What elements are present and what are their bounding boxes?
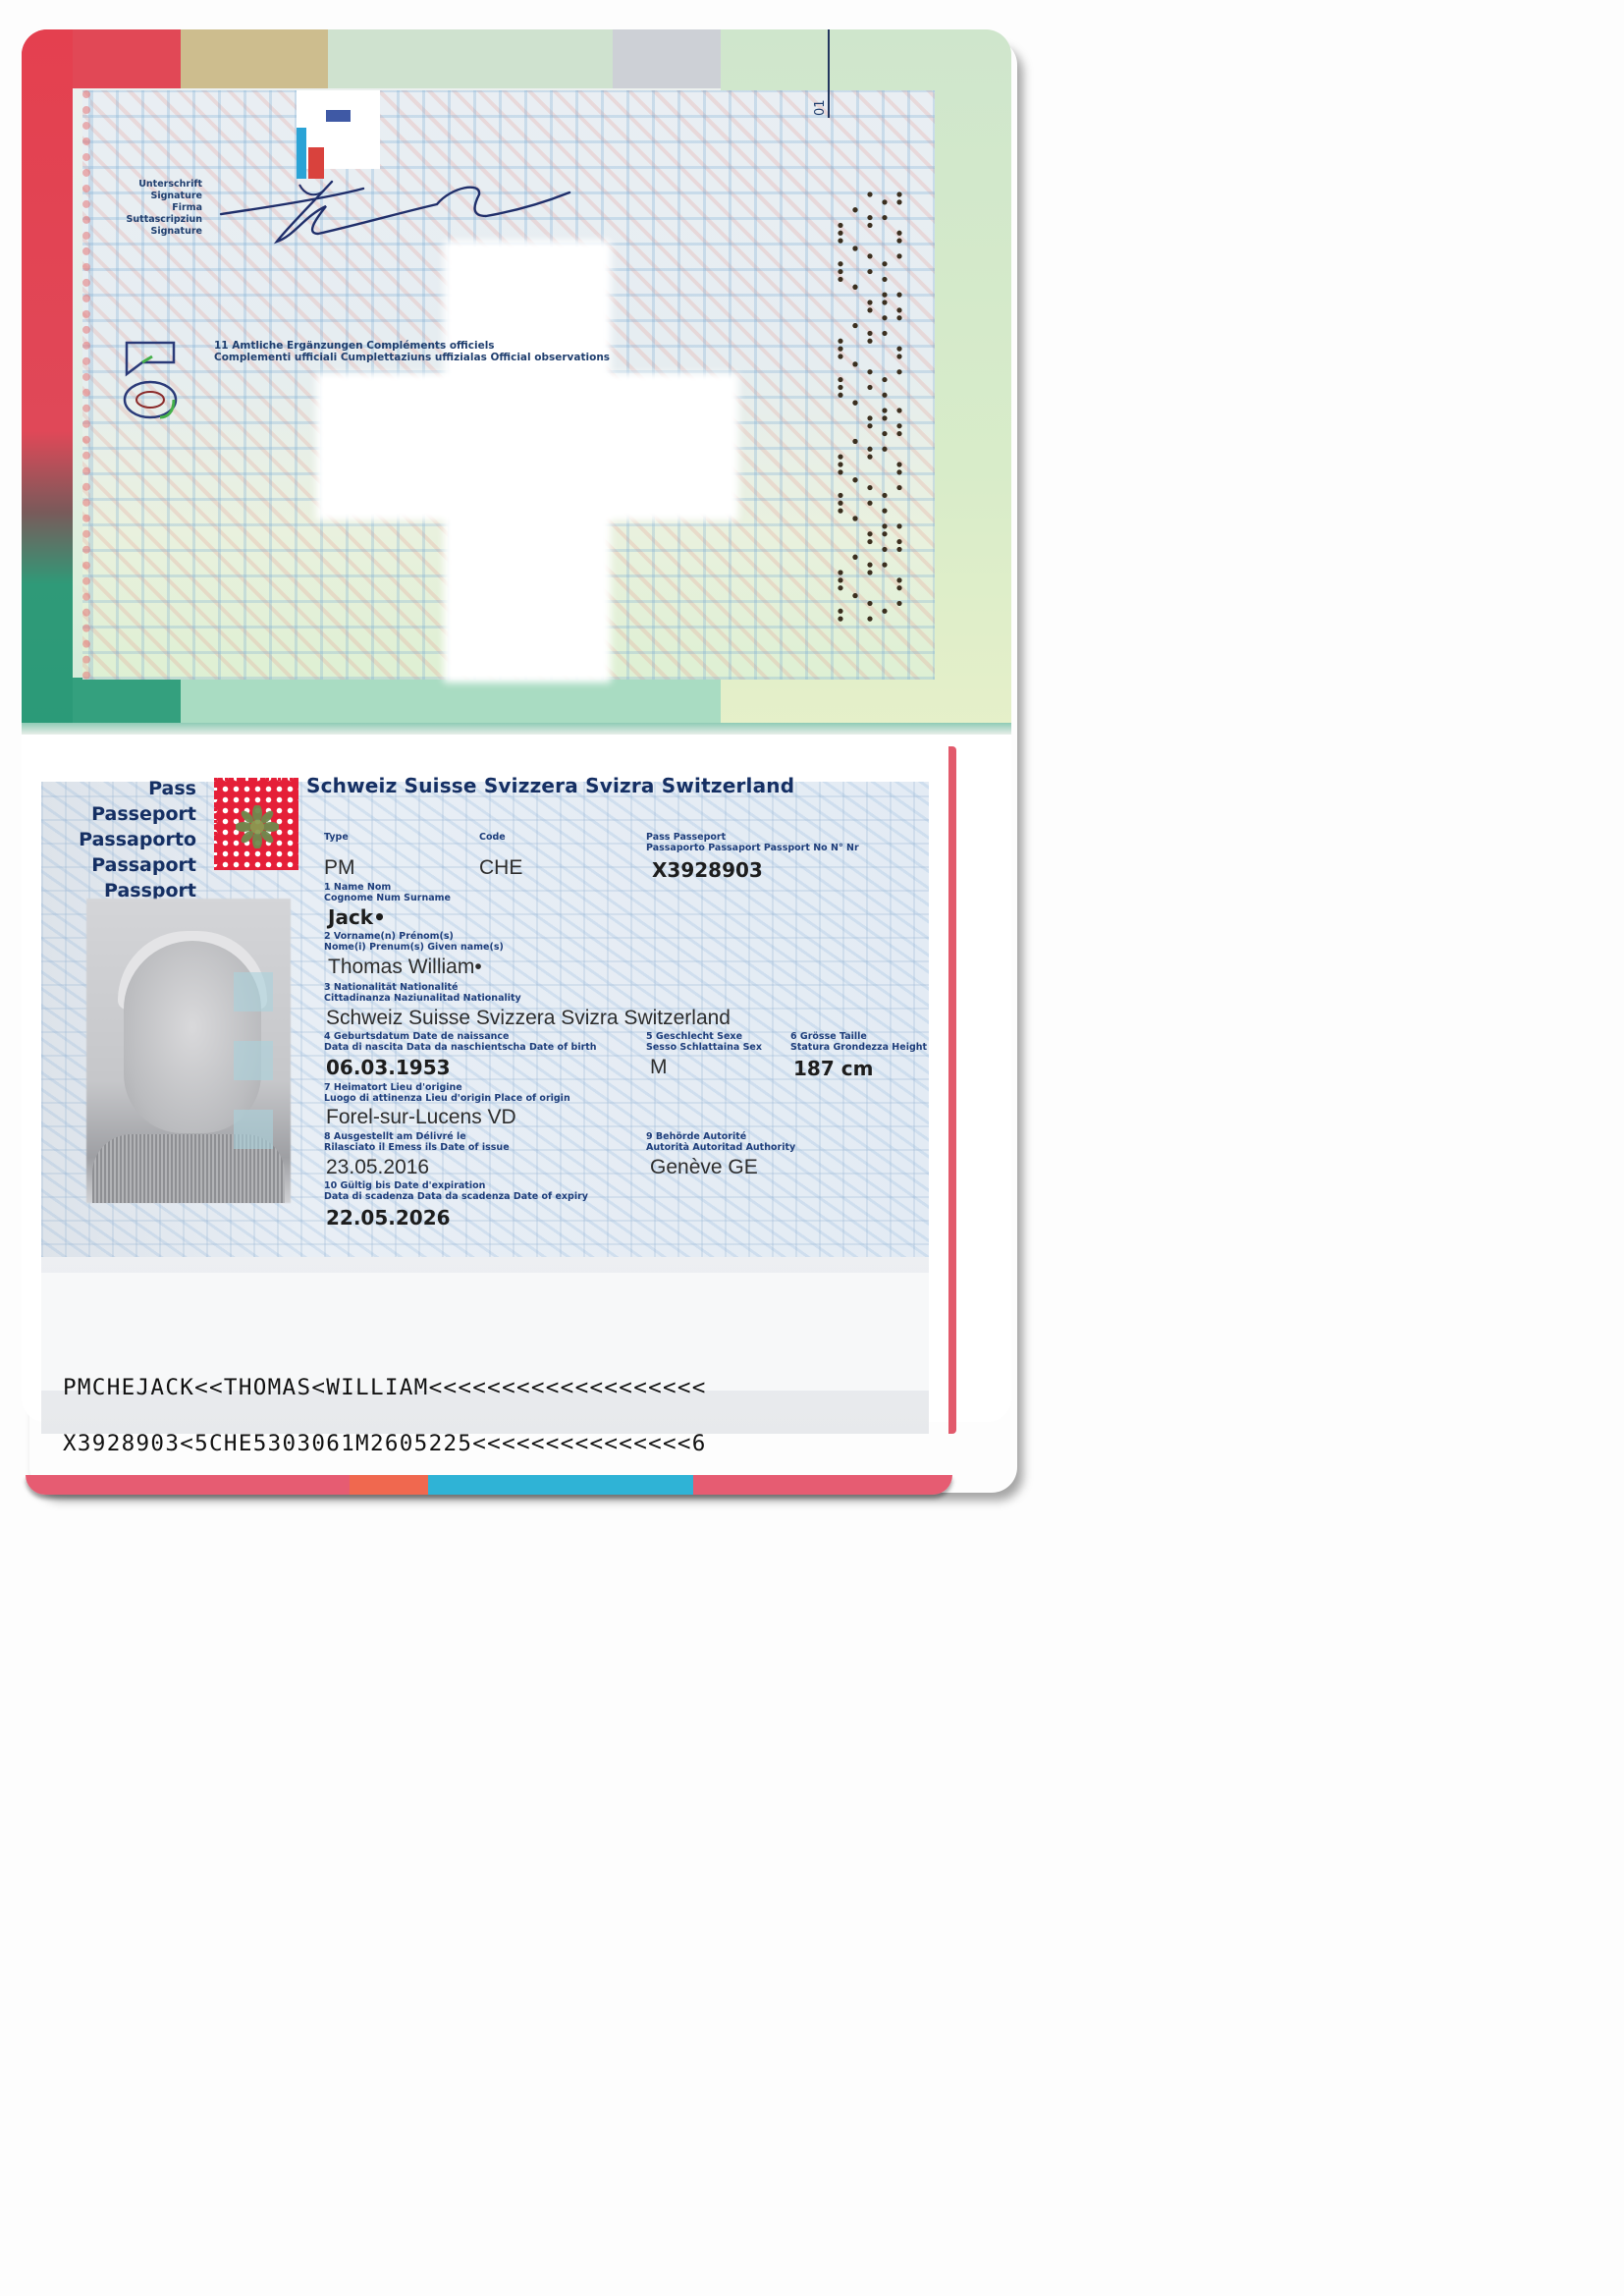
ghost-ch-hologram <box>234 972 273 1159</box>
nationality-value: Schweiz Suisse Svizzera Svizra Switzerla… <box>326 1007 731 1030</box>
height-label-line1: 6 Grösse Taille <box>790 1031 927 1042</box>
title-it: Passaporto <box>59 827 196 852</box>
nationality-label-line2: Cittadinanza Naziunalitad Nationality <box>324 993 521 1004</box>
place-of-origin-value: Forel-sur-Lucens VD <box>326 1106 516 1129</box>
edelweiss-icon <box>236 805 279 848</box>
code-label: Code <box>479 832 506 843</box>
kinegram-logo-block <box>326 110 351 122</box>
kinegram-logo-block <box>308 147 324 179</box>
title-rm: Passaport <box>59 852 196 878</box>
authority-label-line2: Autorità Autoritad Authority <box>646 1142 795 1153</box>
sex-value: M <box>650 1056 668 1079</box>
date-of-issue-label: 8 Ausgestellt am Délivré le Rilasciato i… <box>324 1131 510 1153</box>
color-band <box>613 29 721 88</box>
height-label-line2: Statura Grondezza Height <box>790 1042 927 1053</box>
date-of-expiry-label-line1: 10 Gültig bis Date d'expiration <box>324 1180 588 1191</box>
height-label: 6 Grösse Taille Statura Grondezza Height <box>790 1031 927 1053</box>
surname-label-line2: Cognome Num Surname <box>324 893 451 903</box>
given-names-label-line2: Nome(i) Prenum(s) Given name(s) <box>324 942 504 953</box>
cover-edge-band <box>22 29 73 760</box>
given-names-label-line1: 2 Vorname(n) Prénom(s) <box>324 931 504 942</box>
issuing-country-heading: Schweiz Suisse Svizzera Svizra Switzerla… <box>306 774 794 797</box>
page-number-outline <box>113 339 182 427</box>
holder-signature <box>216 177 589 246</box>
date-of-issue-label-line2: Rilasciato il Emess ils Date of issue <box>324 1142 510 1153</box>
signature-label: Unterschrift Signature Firma Suttascripz… <box>94 179 202 238</box>
document-title: Pass Passeport Passaporto Passaport Pass… <box>59 776 196 903</box>
swiss-cross-watermark <box>316 373 738 520</box>
place-of-origin-label-line1: 7 Heimatort Lieu d'origine <box>324 1082 570 1093</box>
nationality-label: 3 Nationalität Nationalité Cittadinanza … <box>324 982 521 1004</box>
sex-label-line2: Sesso Schlattaina Sex <box>646 1042 762 1053</box>
dob-value: 06.03.1953 <box>326 1056 451 1079</box>
passport-no-value: X3928903 <box>652 858 763 882</box>
dob-label-line2: Data di nascita Data da naschientscha Da… <box>324 1042 597 1053</box>
cover-bottom-strip <box>26 1475 952 1495</box>
strip-segment <box>428 1475 693 1495</box>
date-of-expiry-value: 22.05.2026 <box>326 1206 451 1230</box>
dob-label-line1: 4 Geburtsdatum Date de naissance <box>324 1031 597 1042</box>
signature-label-it: Firma <box>94 202 202 214</box>
given-names-label: 2 Vorname(n) Prénom(s) Nome(i) Prenum(s)… <box>324 931 504 953</box>
strip-segment <box>693 1475 952 1495</box>
surname-value: Jack• <box>328 905 386 929</box>
authority-label-line1: 9 Behörde Autorité <box>646 1131 795 1142</box>
dob-label: 4 Geburtsdatum Date de naissance Data di… <box>324 1031 597 1053</box>
observations-label-line2: Complementi ufficiali Cumplettaziuns uff… <box>214 352 610 363</box>
strip-segment <box>350 1475 428 1495</box>
signature-label-rm: Suttascripziun <box>94 214 202 226</box>
date-of-issue-label-line1: 8 Ausgestellt am Délivré le <box>324 1131 510 1142</box>
authority-value: Genève GE <box>650 1156 758 1179</box>
place-of-origin-label: 7 Heimatort Lieu d'origine Luogo di atti… <box>324 1082 570 1104</box>
title-de: Pass <box>59 776 196 801</box>
signature-label-de: Unterschrift <box>94 179 202 191</box>
color-band <box>73 29 181 88</box>
color-band <box>181 29 328 88</box>
perforated-passport-number <box>833 189 911 630</box>
page-number-rule <box>828 29 830 118</box>
date-of-expiry-label-line2: Data di scadenza Data da scadenza Date o… <box>324 1191 588 1202</box>
official-observations-label: 11 Amtliche Ergänzungen Compléments offi… <box>214 340 610 363</box>
type-value: PM <box>324 856 355 880</box>
signature-label-fr: Signature <box>94 191 202 202</box>
passport-no-label-line1: Pass Passeport <box>646 832 859 843</box>
date-of-issue-value: 23.05.2016 <box>326 1156 429 1179</box>
mrz-line-1: PMCHEJACK<<THOMAS<WILLIAM<<<<<<<<<<<<<<<… <box>63 1375 707 1400</box>
strip-segment <box>26 1475 350 1495</box>
surname-label-line1: 1 Name Nom <box>324 882 451 893</box>
place-of-origin-label-line2: Luogo di attinenza Lieu d'origin Place o… <box>324 1093 570 1104</box>
height-value: 187 cm <box>793 1057 873 1080</box>
date-of-expiry-label: 10 Gültig bis Date d'expiration Data di … <box>324 1180 588 1202</box>
color-band <box>328 29 613 88</box>
observations-label-line1: 11 Amtliche Ergänzungen Compléments offi… <box>214 340 610 352</box>
type-label: Type <box>324 832 349 843</box>
page-fold <box>22 723 1011 735</box>
passport-no-label: Pass Passeport Passaporto Passaport Pass… <box>646 832 859 853</box>
passport-no-label-line2: Passaporto Passaport Passport No N° Nr <box>646 843 859 853</box>
authority-label: 9 Behörde Autorité Autorità Autoritad Au… <box>646 1131 795 1153</box>
nationality-label-line1: 3 Nationalität Nationalité <box>324 982 521 993</box>
kinegram-logo-block <box>297 128 306 179</box>
signature-label-en: Signature <box>94 226 202 238</box>
sex-label: 5 Geschlecht Sexe Sesso Schlattaina Sex <box>646 1031 762 1053</box>
mrz-line-2: X3928903<5CHE5303061M2605225<<<<<<<<<<<<… <box>63 1431 707 1456</box>
surname-label: 1 Name Nom Cognome Num Surname <box>324 882 451 903</box>
sex-label-line1: 5 Geschlecht Sexe <box>646 1031 762 1042</box>
mrz-zone <box>41 1273 929 1391</box>
cover-edge <box>948 746 956 1434</box>
page-number: 01 <box>813 99 828 116</box>
code-value: CHE <box>479 856 522 880</box>
given-names-value: Thomas William• <box>328 956 482 979</box>
title-fr: Passeport <box>59 801 196 827</box>
